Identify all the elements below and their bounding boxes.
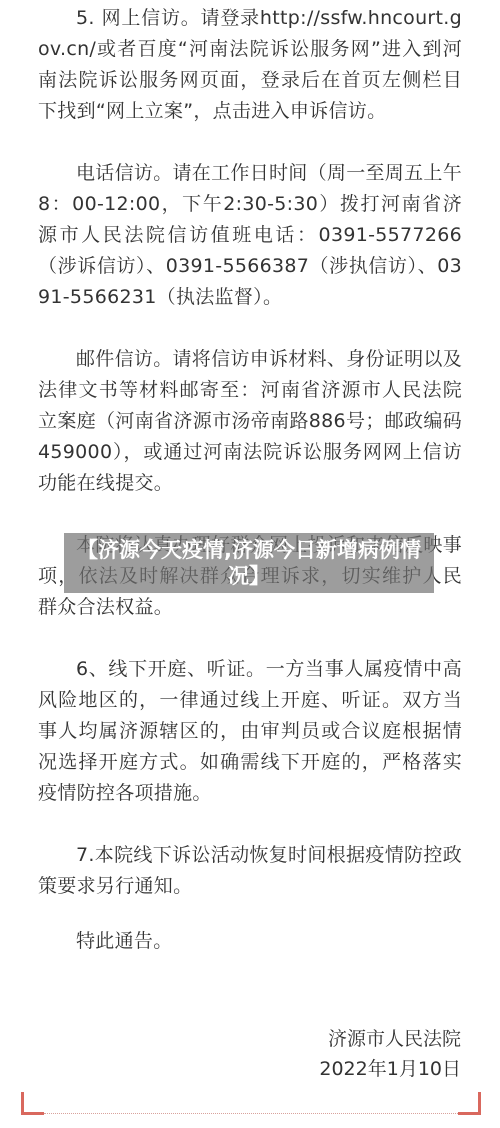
signature-date: 2022年1月10日 bbox=[319, 1054, 461, 1084]
overlay-title: 【济源今天疫情,济源今日新增病例情况】 bbox=[77, 538, 421, 588]
paragraph-offline-hearing: 6、线下开庭、听证。一方当事人属疫情中高风险地区的，一律通过线上开庭、听证。双方… bbox=[38, 654, 462, 809]
title-overlay-banner: 【济源今天疫情,济源今日新增病例情况】 bbox=[64, 533, 434, 593]
notice-document: 5. 网上信访。请登录http://ssfw.hncourt.gov.cn/或者… bbox=[38, 3, 462, 981]
paragraph-mail-petition: 邮件信访。请将信访申诉材料、身份证明以及法律文书等材料邮寄至：河南省济源市人民法… bbox=[38, 344, 462, 499]
paragraph-online-petition: 5. 网上信访。请登录http://ssfw.hncourt.gov.cn/或者… bbox=[38, 3, 462, 127]
dotted-divider bbox=[44, 1113, 458, 1114]
paragraph-closing: 特此通告。 bbox=[38, 926, 462, 957]
paragraph-resumption-notice: 7.本院线下诉讼活动恢复时间根据疫情防控政策要求另行通知。 bbox=[38, 840, 462, 902]
corner-bracket-right-icon bbox=[458, 1092, 481, 1115]
corner-bracket-left-icon bbox=[21, 1092, 44, 1115]
bottom-frame-decoration bbox=[21, 1092, 481, 1114]
signature-organization: 济源市人民法院 bbox=[319, 1024, 461, 1054]
signature-block: 济源市人民法院 2022年1月10日 bbox=[319, 1024, 461, 1084]
paragraph-phone-petition: 电话信访。请在工作日时间（周一至周五上午8：00-12:00，下午2:30-5:… bbox=[38, 158, 462, 313]
